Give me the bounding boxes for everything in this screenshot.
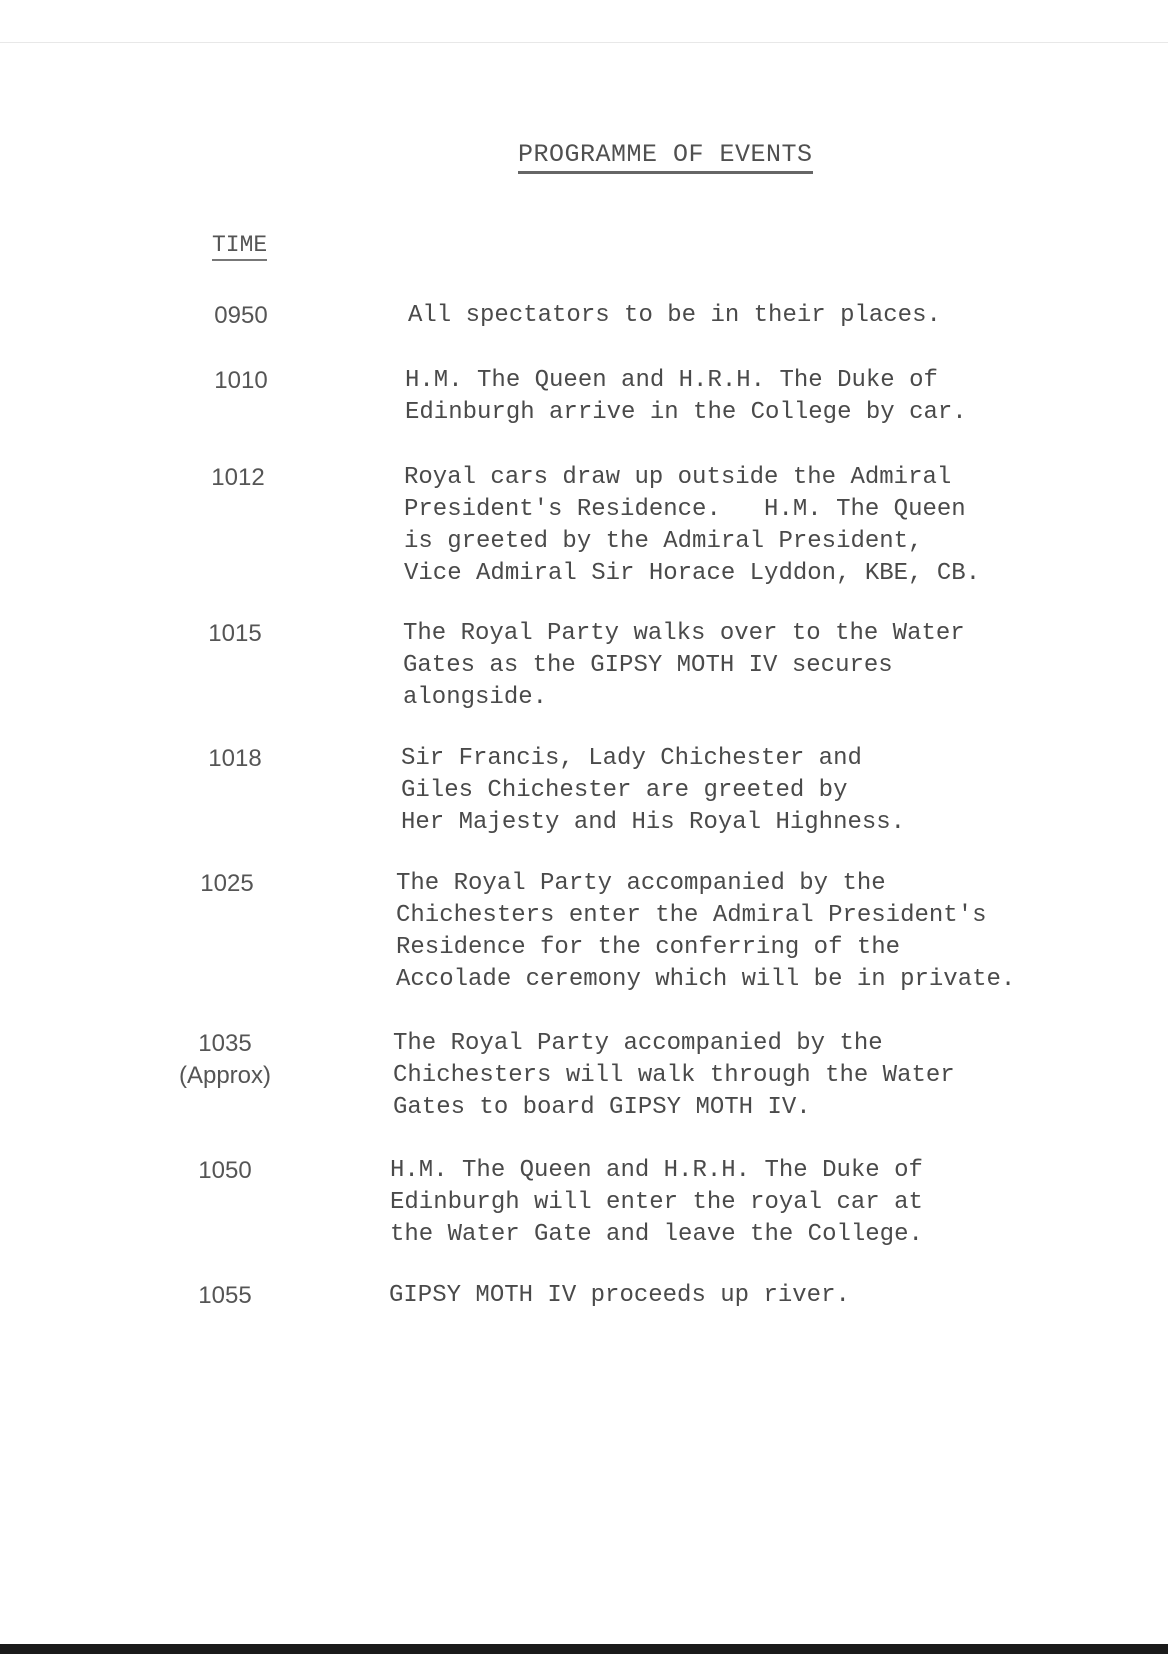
page-top-edge — [0, 42, 1168, 43]
event-time: 1055 — [150, 1280, 300, 1312]
event-time: 1035(Approx) — [150, 1028, 300, 1092]
event-time-note: (Approx) — [150, 1060, 300, 1092]
event-time: 1010 — [166, 365, 316, 397]
scan-bottom-edge — [0, 1644, 1168, 1654]
event-time: 1012 — [163, 462, 313, 494]
event-time: 1018 — [160, 743, 310, 775]
event-time: 1015 — [160, 618, 310, 650]
event-time: 0950 — [166, 300, 316, 332]
event-time: 1050 — [150, 1155, 300, 1187]
event-description: Royal cars draw up outside the Admiral P… — [404, 462, 980, 590]
event-description: All spectators to be in their places. — [408, 300, 941, 332]
time-column-header: TIME — [212, 232, 267, 261]
event-description: H.M. The Queen and H.R.H. The Duke of Ed… — [390, 1155, 923, 1251]
event-description: GIPSY MOTH IV proceeds up river. — [389, 1280, 850, 1312]
document-title: PROGRAMME OF EVENTS — [518, 140, 813, 174]
event-time: 1025 — [152, 868, 302, 900]
event-description: The Royal Party accompanied by the Chich… — [396, 868, 1015, 996]
event-description: The Royal Party walks over to the Water … — [403, 618, 965, 714]
event-description: Sir Francis, Lady Chichester and Giles C… — [401, 743, 905, 839]
event-description: The Royal Party accompanied by the Chich… — [393, 1028, 955, 1124]
event-description: H.M. The Queen and H.R.H. The Duke of Ed… — [405, 365, 967, 429]
